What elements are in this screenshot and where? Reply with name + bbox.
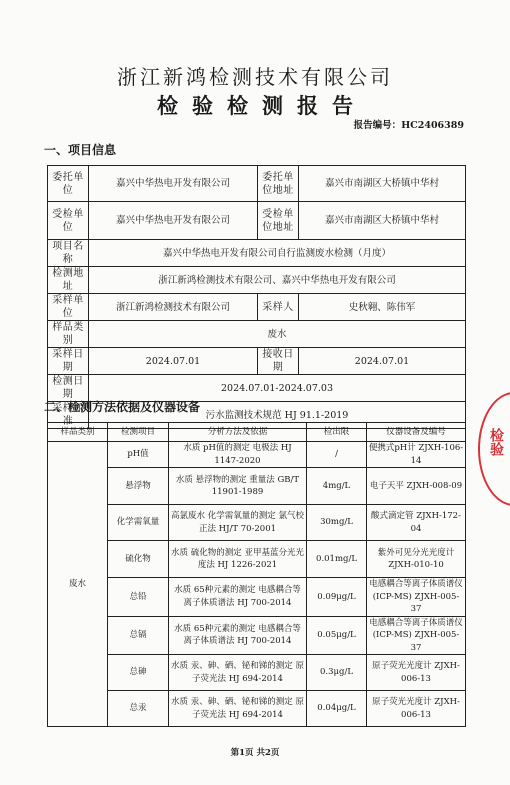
limit-cell: / xyxy=(307,442,367,468)
item-cell: 总铅 xyxy=(108,578,169,617)
limit-cell: 30mg/L xyxy=(307,505,367,541)
sample-type-label: 样品类别 xyxy=(48,321,89,348)
method-cell: 水质 pH值的测定 电极法 HJ 1147-2020 xyxy=(169,442,307,468)
inspected-addr-label: 受检单位地址 xyxy=(258,202,299,240)
table-row: 悬浮物 水质 悬浮物的测定 重量法 GB/T 11901-1989 4mg/L … xyxy=(48,468,466,505)
report-number-value: HC2406389 xyxy=(401,120,464,131)
seal-text: 检验 xyxy=(486,428,506,456)
table-row: 总汞 水质 汞、砷、硒、铋和锑的测定 原子荧光法 HJ 694-2014 0.0… xyxy=(48,691,466,727)
sampler-unit-label: 采样单位 xyxy=(48,294,89,321)
report-number-label: 报告编号： xyxy=(354,120,402,131)
instrument-cell: 电子天平 ZJXH-008-09 xyxy=(367,468,466,505)
project-info-table: 委托单位 嘉兴中华热电开发有限公司 委托单位地址 嘉兴市南湖区大桥镇中华村 受检… xyxy=(47,165,466,429)
project-label: 项目名称 xyxy=(48,240,89,267)
inspected-label: 受检单位 xyxy=(48,202,89,240)
project-value: 嘉兴中华热电开发有限公司自行监测废水检测（月度） xyxy=(89,240,466,267)
column-header: 分析方法及依据 xyxy=(169,423,307,442)
method-cell: 水质 汞、砷、硒、铋和锑的测定 原子荧光法 HJ 694-2014 xyxy=(169,655,307,691)
receive-date-value: 2024.07.01 xyxy=(299,348,466,375)
client-addr-value: 嘉兴市南湖区大桥镇中华村 xyxy=(299,166,466,202)
methods-table: 样品类别 检测项目 分析方法及依据 检出限 仪器设备及编号 废水 pH值 水质 … xyxy=(47,422,466,727)
item-cell: 总砷 xyxy=(108,655,169,691)
table-row: 采样单位 浙江新鸿检测技术有限公司 采样人 史秋翱、陈伟军 xyxy=(48,294,466,321)
instrument-cell: 电感耦合等离子体质谱仪(ICP-MS) ZJXH-005-37 xyxy=(367,616,466,655)
inspected-value: 嘉兴中华热电开发有限公司 xyxy=(89,202,258,240)
table-row: 硫化物 水质 硫化物的测定 亚甲基蓝分光光度法 HJ 1226-2021 0.0… xyxy=(48,541,466,578)
table-header-row: 样品类别 检测项目 分析方法及依据 检出限 仪器设备及编号 xyxy=(48,423,466,442)
sample-date-value: 2024.07.01 xyxy=(89,348,258,375)
table-row: 总铅 水质 65种元素的测定 电感耦合等离子体质谱法 HJ 700-2014 0… xyxy=(48,578,466,617)
item-cell: pH值 xyxy=(108,442,169,468)
instrument-cell: 紫外可见分光光度计 ZJXH-010-10 xyxy=(367,541,466,578)
sampler-value: 史秋翱、陈伟军 xyxy=(299,294,466,321)
section-project-info-title: 一、项目信息 xyxy=(44,141,116,158)
table-row: 项目名称 嘉兴中华热电开发有限公司自行监测废水检测（月度） xyxy=(48,240,466,267)
item-cell: 硫化物 xyxy=(108,541,169,578)
item-cell: 悬浮物 xyxy=(108,468,169,505)
method-cell: 水质 硫化物的测定 亚甲基蓝分光光度法 HJ 1226-2021 xyxy=(169,541,307,578)
limit-cell: 0.09μg/L xyxy=(307,578,367,617)
table-row: 化学需氧量 高氯废水 化学需氧量的测定 氯气校正法 HJ/T 70-2001 3… xyxy=(48,505,466,541)
column-header: 仪器设备及编号 xyxy=(367,423,466,442)
company-name: 浙江新鸿检测技术有限公司 xyxy=(0,61,510,90)
sampler-unit-value: 浙江新鸿检测技术有限公司 xyxy=(89,294,258,321)
method-cell: 水质 汞、砷、硒、铋和锑的测定 原子荧光法 HJ 694-2014 xyxy=(169,691,307,727)
sample-date-label: 采样日期 xyxy=(48,348,89,375)
client-value: 嘉兴中华热电开发有限公司 xyxy=(89,166,258,202)
sample-type-value: 废水 xyxy=(89,321,466,348)
client-addr-label: 委托单位地址 xyxy=(258,166,299,202)
sampler-label: 采样人 xyxy=(258,294,299,321)
test-site-label: 检测地址 xyxy=(48,267,89,294)
limit-cell: 0.3μg/L xyxy=(307,655,367,691)
table-row: 样品类别 废水 xyxy=(48,321,466,348)
table-row: 废水 pH值 水质 pH值的测定 电极法 HJ 1147-2020 / 便携式p… xyxy=(48,442,466,468)
column-header: 检出限 xyxy=(307,423,367,442)
table-row: 检测地址 浙江新鸿检测技术有限公司、嘉兴中华热电开发有限公司 xyxy=(48,267,466,294)
instrument-cell: 原子荧光光度计 ZJXH-006-13 xyxy=(367,655,466,691)
item-cell: 化学需氧量 xyxy=(108,505,169,541)
item-cell: 总汞 xyxy=(108,691,169,727)
limit-cell: 0.04μg/L xyxy=(307,691,367,727)
inspected-addr-value: 嘉兴市南湖区大桥镇中华村 xyxy=(299,202,466,240)
receive-date-label: 接收日期 xyxy=(258,348,299,375)
client-label: 委托单位 xyxy=(48,166,89,202)
section-methods-title: 二、检测方法依据及仪器设备 xyxy=(44,398,200,415)
method-cell: 高氯废水 化学需氧量的测定 氯气校正法 HJ/T 70-2001 xyxy=(169,505,307,541)
table-row: 总镉 水质 65种元素的测定 电感耦合等离子体质谱法 HJ 700-2014 0… xyxy=(48,616,466,655)
limit-cell: 4mg/L xyxy=(307,468,367,505)
table-row: 总砷 水质 汞、砷、硒、铋和锑的测定 原子荧光法 HJ 694-2014 0.3… xyxy=(48,655,466,691)
sample-type-cell: 废水 xyxy=(48,442,108,727)
test-site-value: 浙江新鸿检测技术有限公司、嘉兴中华热电开发有限公司 xyxy=(89,267,466,294)
report-number: 报告编号：HC2406389 xyxy=(354,117,464,131)
instrument-cell: 原子荧光光度计 ZJXH-006-13 xyxy=(367,691,466,727)
table-row: 采样日期 2024.07.01 接收日期 2024.07.01 xyxy=(48,348,466,375)
instrument-cell: 电感耦合等离子体质谱仪(ICP-MS) ZJXH-005-37 xyxy=(367,578,466,617)
table-row: 委托单位 嘉兴中华热电开发有限公司 委托单位地址 嘉兴市南湖区大桥镇中华村 xyxy=(48,166,466,202)
item-cell: 总镉 xyxy=(108,616,169,655)
instrument-cell: 酸式滴定管 ZJXH-172-04 xyxy=(367,505,466,541)
method-cell: 水质 65种元素的测定 电感耦合等离子体质谱法 HJ 700-2014 xyxy=(169,616,307,655)
report-title: 检验检测报告 xyxy=(0,90,510,120)
method-cell: 水质 65种元素的测定 电感耦合等离子体质谱法 HJ 700-2014 xyxy=(169,578,307,617)
column-header: 样品类别 xyxy=(48,423,108,442)
limit-cell: 0.01mg/L xyxy=(307,541,367,578)
table-row: 受检单位 嘉兴中华热电开发有限公司 受检单位地址 嘉兴市南湖区大桥镇中华村 xyxy=(48,202,466,240)
limit-cell: 0.05μg/L xyxy=(307,616,367,655)
method-cell: 水质 悬浮物的测定 重量法 GB/T 11901-1989 xyxy=(169,468,307,505)
page-number: 第1页 共2页 xyxy=(0,746,510,758)
column-header: 检测项目 xyxy=(108,423,169,442)
instrument-cell: 便携式pH计 ZJXH-106-14 xyxy=(367,442,466,468)
